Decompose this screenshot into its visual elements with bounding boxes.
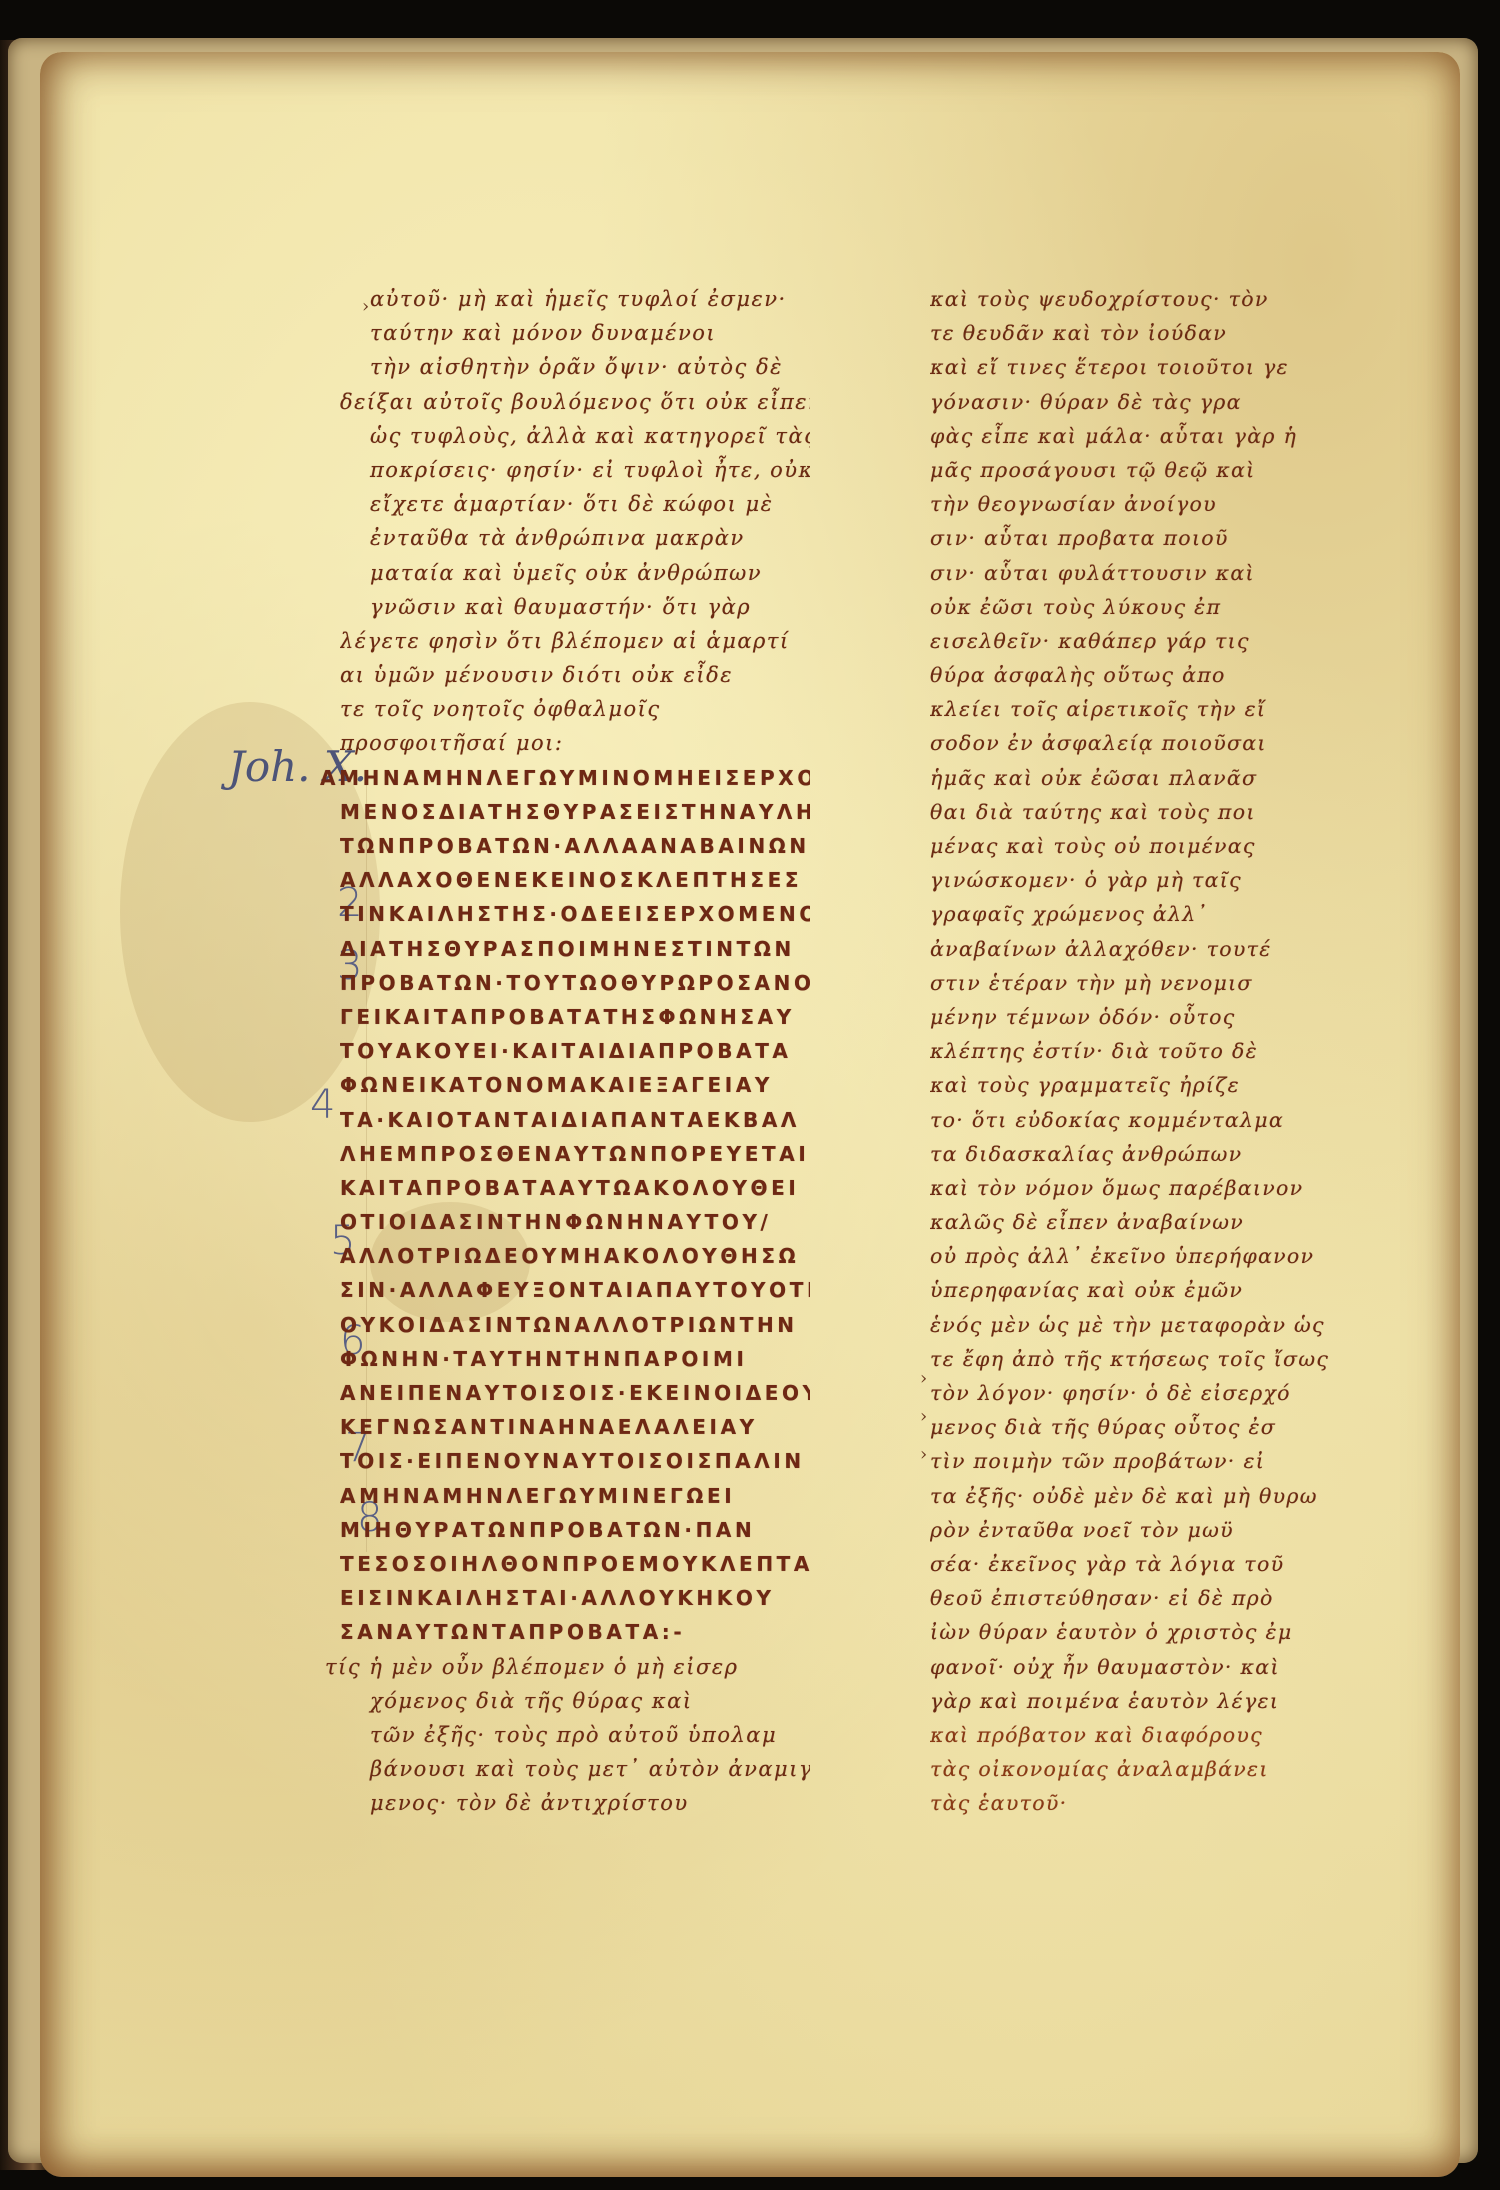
- text-line: ὡς τυφλοὺς, ἀλλὰ καὶ κατηγορεῖ τὰς ἀ: [340, 419, 810, 453]
- text-line: τὴν αἰσθητὴν ὁρᾶν ὄψιν· αὐτὸς δὲ: [340, 350, 810, 384]
- text-line: τίς ἡ μὲν οὖν βλέπομεν ὁ μὴ εἰσερ: [325, 1650, 810, 1684]
- text-line: ἀναβαίνων ἀλλαχόθεν· τουτέ: [930, 932, 1360, 966]
- text-line: γνῶσιν καὶ θαυμαστήν· ὅτι γὰρ: [340, 590, 810, 624]
- text-line: αὐτοῦ· μὴ καὶ ἡμεῖς τυφλοί ἐσμεν·: [340, 282, 810, 316]
- text-line: κλείει τοῖς αἱρετικοῖς τὴν εἴ: [930, 692, 1360, 726]
- text-line: ρὸν ἐνταῦθα νοεῖ τὸν μωϋ: [930, 1513, 1360, 1547]
- text-line: μενος διὰ τῆς θύρας οὗτος ἐσ: [930, 1410, 1360, 1444]
- text-line: θαι διὰ ταύτης καὶ τοὺς ποι: [930, 795, 1360, 829]
- text-line: ΤΩΝΠΡΟΒΑΤΩΝ·ΑΛΛΑΑΝΑΒΑΙΝΩΝ: [340, 829, 810, 863]
- text-line: ἡμᾶς καὶ οὐκ ἐῶσαι πλανᾶσ: [930, 761, 1360, 795]
- text-line: θύρα ἀσφαλὴς οὕτως ἀπο: [930, 658, 1360, 692]
- text-line: ΕΙΣΙΝΚΑΙΛΗΣΤΑΙ·ΑΛΛΟΥΚΗΚΟΥ: [340, 1581, 810, 1615]
- text-line: θεοῦ ἐπιστεύθησαν· εἰ δὲ πρὸ: [930, 1581, 1360, 1615]
- text-line: λέγετε φησὶν ὅτι βλέπομεν αἱ ἁμαρτί: [340, 624, 810, 658]
- text-line: καὶ τὸν νόμον ὅμως παρέβαινον: [930, 1171, 1360, 1205]
- text-line: σοδον ἐν ἀσφαλείᾳ ποιοῦσαι: [930, 726, 1360, 760]
- text-line: εισελθεῖν· καθάπερ γάρ τις: [930, 624, 1360, 658]
- margin-mark: ›: [920, 1368, 927, 1389]
- text-line: αι ὑμῶν μένουσιν διότι οὐκ εἶδε: [340, 658, 810, 692]
- text-line: τὴν θεογνωσίαν ἀνοίγου: [930, 487, 1360, 521]
- text-line: ΤΙΝΚΑΙΛΗΣΤΗΣ·ΟΔΕΕΙΣΕΡΧΟΜΕΝΟΣ: [340, 897, 810, 931]
- text-line: βάνουσι καὶ τοὺς μετ᾽ αὐτὸν ἀναμιγνύ: [340, 1752, 810, 1786]
- text-line: μένας καὶ τοὺς οὐ ποιμένας: [930, 829, 1360, 863]
- text-line: ΠΡΟΒΑΤΩΝ·ΤΟΥΤΩΟΘΥΡΩΡΟΣΑΝΟΙ: [340, 966, 810, 1000]
- text-line: εἴχετε ἁμαρτίαν· ὅτι δὲ κώφοι μὲ: [340, 487, 810, 521]
- text-line: τα διδασκαλίας ἀνθρώπων: [930, 1137, 1360, 1171]
- verse-number-4: 4: [310, 1082, 335, 1128]
- text-line: ΣΙΝ·ΑΛΛΑΦΕΥΞΟΝΤΑΙΑΠΑΥΤΟΥΟΤΙ: [340, 1273, 810, 1307]
- text-line: ΜΙΗΘΥΡΑΤΩΝΠΡΟΒΑΤΩΝ·ΠΑΝ: [340, 1513, 810, 1547]
- text-line: τὰς ἑαυτοῦ·: [930, 1786, 1360, 1820]
- text-line: τὸν λόγον· φησίν· ὁ δὲ εἰσερχό: [930, 1376, 1360, 1410]
- text-line: ΟΥΚΟΙΔΑΣΙΝΤΩΝΑΛΛΟΤΡΙΩΝΤΗΝ: [340, 1308, 810, 1342]
- text-line: τὰς οἰκονομίας ἀναλαμβάνει: [930, 1752, 1360, 1786]
- text-line: ἑνός μὲν ὡς μὲ τὴν μεταφορὰν ὡς: [930, 1308, 1360, 1342]
- text-line: χόμενος διὰ τῆς θύρας καὶ: [340, 1684, 810, 1718]
- text-line: ΦΩΝΗΝ·ΤΑΥΤΗΝΤΗΝΠΑΡΟΙΜΙ: [340, 1342, 810, 1376]
- text-line: καὶ εἴ τινες ἕτεροι τοιοῦτοι γε: [930, 350, 1360, 384]
- text-line: ΑΝΕΙΠΕΝΑΥΤΟΙΣΟΙΣ·ΕΚΕΙΝΟΙΔΕΟΥ: [340, 1376, 810, 1410]
- text-line: ΑΜΗΝΑΜΗΝΛΕΓΩΥΜΙΝΟΜΗΕΙΣΕΡΧΟ: [320, 761, 810, 795]
- text-line: ΑΜΗΝΑΜΗΝΛΕΓΩΥΜΙΝΕΓΩΕΙ: [340, 1479, 810, 1513]
- text-line: ΚΑΙΤΑΠΡΟΒΑΤΑΑΥΤΩΑΚΟΛΟΥΘΕΙ: [340, 1171, 810, 1205]
- text-line: σιν· αὗται φυλάττουσιν καὶ: [930, 556, 1360, 590]
- text-line: οὐ πρὸς ἀλλ᾽ ἐκεῖνο ὑπερήφανον: [930, 1239, 1360, 1273]
- text-line: δείξαι αὐτοῖς βουλόμενος ὅτι οὐκ εἶπεν: [340, 385, 810, 419]
- text-line: τε ἔφη ἀπὸ τῆς κτήσεως τοῖς ἴσως: [930, 1342, 1360, 1376]
- text-line: τε τοῖς νοητοῖς ὀφθαλμοῖς: [340, 692, 810, 726]
- text-line: ΜΕΝΟΣΔΙΑΤΗΣΘΥΡΑΣΕΙΣΤΗΝΑΥΛΗΝ: [340, 795, 810, 829]
- text-line: φὰς εἶπε καὶ μάλα· αὗται γὰρ ἡ: [930, 419, 1360, 453]
- text-line: το· ὅτι εὐδοκίας κομμένταλμα: [930, 1103, 1360, 1137]
- text-line: φανοῖ· οὐχ ἦν θαυμαστὸν· καὶ: [930, 1650, 1360, 1684]
- text-line: σιν· αὗται προβατα ποιοῦ: [930, 521, 1360, 555]
- text-line: τε θευδᾶν καὶ τὸν ἰούδαν: [930, 316, 1360, 350]
- text-line: προσφοιτῆσαί μοι:: [340, 726, 810, 760]
- left-text-column: αὐτοῦ· μὴ καὶ ἡμεῖς τυφλοί ἐσμεν· ταύτην…: [340, 282, 810, 1820]
- text-line: γόνασιν· θύραν δὲ τὰς γρα: [930, 385, 1360, 419]
- text-line: ΚΕΓΝΩΣΑΝΤΙΝΑΗΝΑΕΛΑΛΕΙΑΥ: [340, 1410, 810, 1444]
- text-line: κλέπτης ἐστίν· διὰ τοῦτο δὲ: [930, 1034, 1360, 1068]
- text-line: σέα· ἐκεῖνος γὰρ τὰ λόγια τοῦ: [930, 1547, 1360, 1581]
- right-text-column: καὶ τοὺς ψευδοχρίστους· τὸν τε θευδᾶν κα…: [930, 282, 1360, 1820]
- text-line: ταύτην καὶ μόνον δυναμένοι: [340, 316, 810, 350]
- text-line: ἐνταῦθα τὰ ἀνθρώπινα μακρὰν: [340, 521, 810, 555]
- text-line: μενος· τὸν δὲ ἀντιχρίστου: [340, 1786, 810, 1820]
- text-line: καὶ πρόβατον καὶ διαφόρους: [930, 1718, 1360, 1752]
- text-line: ΤΟΥΑΚΟΥΕΙ·ΚΑΙΤΑΙΔΙΑΠΡΟΒΑΤΑ: [340, 1034, 810, 1068]
- text-line: καλῶς δὲ εἶπεν ἀναβαίνων: [930, 1205, 1360, 1239]
- text-line: γραφαῖς χρώμενος ἀλλ᾽: [930, 897, 1360, 931]
- text-line: στιν ἑτέραν τὴν μὴ νενομισ: [930, 966, 1360, 1000]
- text-line: γὰρ καὶ ποιμένα ἑαυτὸν λέγει: [930, 1684, 1360, 1718]
- text-line: ΑΛΛΑΧΟΘΕΝΕΚΕΙΝΟΣΚΛΕΠΤΗΣΕΣ: [340, 863, 810, 897]
- text-line: ΦΩΝΕΙΚΑΤΟΝΟΜΑΚΑΙΕΞΑΓΕΙΑΥ: [340, 1068, 810, 1102]
- margin-mark: ›: [920, 1406, 927, 1427]
- text-line: ὑπερηφανίας καὶ οὐκ ἐμῶν: [930, 1273, 1360, 1307]
- text-line: ΤΟΙΣ·ΕΙΠΕΝΟΥΝΑΥΤΟΙΣΟΙΣΠΑΛΙΝ: [340, 1444, 810, 1478]
- text-line: ποκρίσεις· φησίν· εἰ τυφλοὶ ἦτε, οὐκ ἄν: [340, 453, 810, 487]
- text-line: ΑΛΛΟΤΡΙΩΔΕΟΥΜΗΑΚΟΛΟΥΘΗΣΩ: [340, 1239, 810, 1273]
- text-line: καὶ τοὺς ψευδοχρίστους· τὸν: [930, 282, 1360, 316]
- text-line: ΤΑ·ΚΑΙΟΤΑΝΤΑΙΔΙΑΠΑΝΤΑΕΚΒΑΛ: [340, 1103, 810, 1137]
- text-line: ΣΑΝΑΥΤΩΝΤΑΠΡΟΒΑΤΑ:-: [340, 1615, 810, 1649]
- text-line: μᾶς προσάγουσι τῷ θεῷ καὶ: [930, 453, 1360, 487]
- text-line: γινώσκομεν· ὁ γὰρ μὴ ταῖς: [930, 863, 1360, 897]
- text-line: τα ἐξῆς· οὐδὲ μὲν δὲ καὶ μὴ θυρω: [930, 1479, 1360, 1513]
- text-line: ΔΙΑΤΗΣΘΥΡΑΣΠΟΙΜΗΝΕΣΤΙΝΤΩΝ: [340, 932, 810, 966]
- commentary-block-bottom: τίς ἡ μὲν οὖν βλέπομεν ὁ μὴ εἰσερ χόμενο…: [340, 1650, 810, 1821]
- text-line: ΤΕΣΟΣΟΙΗΛΘΟΝΠΡΟΕΜΟΥΚΛΕΠΤΑΙ: [340, 1547, 810, 1581]
- text-line: ἰὼν θύραν ἑαυτὸν ὁ χριστὸς ἐμ: [930, 1615, 1360, 1649]
- text-line: μένην τέμνων ὁδόν· οὗτος: [930, 1000, 1360, 1034]
- margin-mark: ›: [920, 1444, 927, 1465]
- text-line: τὶν ποιμὴν τῶν προβάτων· εἰ: [930, 1444, 1360, 1478]
- text-line: ΟΤΙΟΙΔΑΣΙΝΤΗΝΦΩΝΗΝΑΥΤΟΥ/: [340, 1205, 810, 1239]
- text-line: τῶν ἐξῆς· τοὺς πρὸ αὐτοῦ ὑπολαμ: [340, 1718, 810, 1752]
- text-line: καὶ τοὺς γραμματεῖς ἠρίζε: [930, 1068, 1360, 1102]
- text-line: ΓΕΙΚΑΙΤΑΠΡΟΒΑΤΑΤΗΣΦΩΝΗΣΑΥ: [340, 1000, 810, 1034]
- commentary-block-top: αὐτοῦ· μὴ καὶ ἡμεῖς τυφλοί ἐσμεν· ταύτην…: [340, 282, 810, 761]
- text-line: ματαία καὶ ὑμεῖς οὐκ ἀνθρώπων: [340, 556, 810, 590]
- text-line: ΛΗΕΜΠΡΟΣΘΕΝΑΥΤΩΝΠΟΡΕΥΕΤΑΙ: [340, 1137, 810, 1171]
- gospel-text-block: ΑΜΗΝΑΜΗΝΛΕΓΩΥΜΙΝΟΜΗΕΙΣΕΡΧΟ ΜΕΝΟΣΔΙΑΤΗΣΘΥ…: [340, 761, 810, 1650]
- text-line: οὐκ ἐῶσι τοὺς λύκους ἐπ: [930, 590, 1360, 624]
